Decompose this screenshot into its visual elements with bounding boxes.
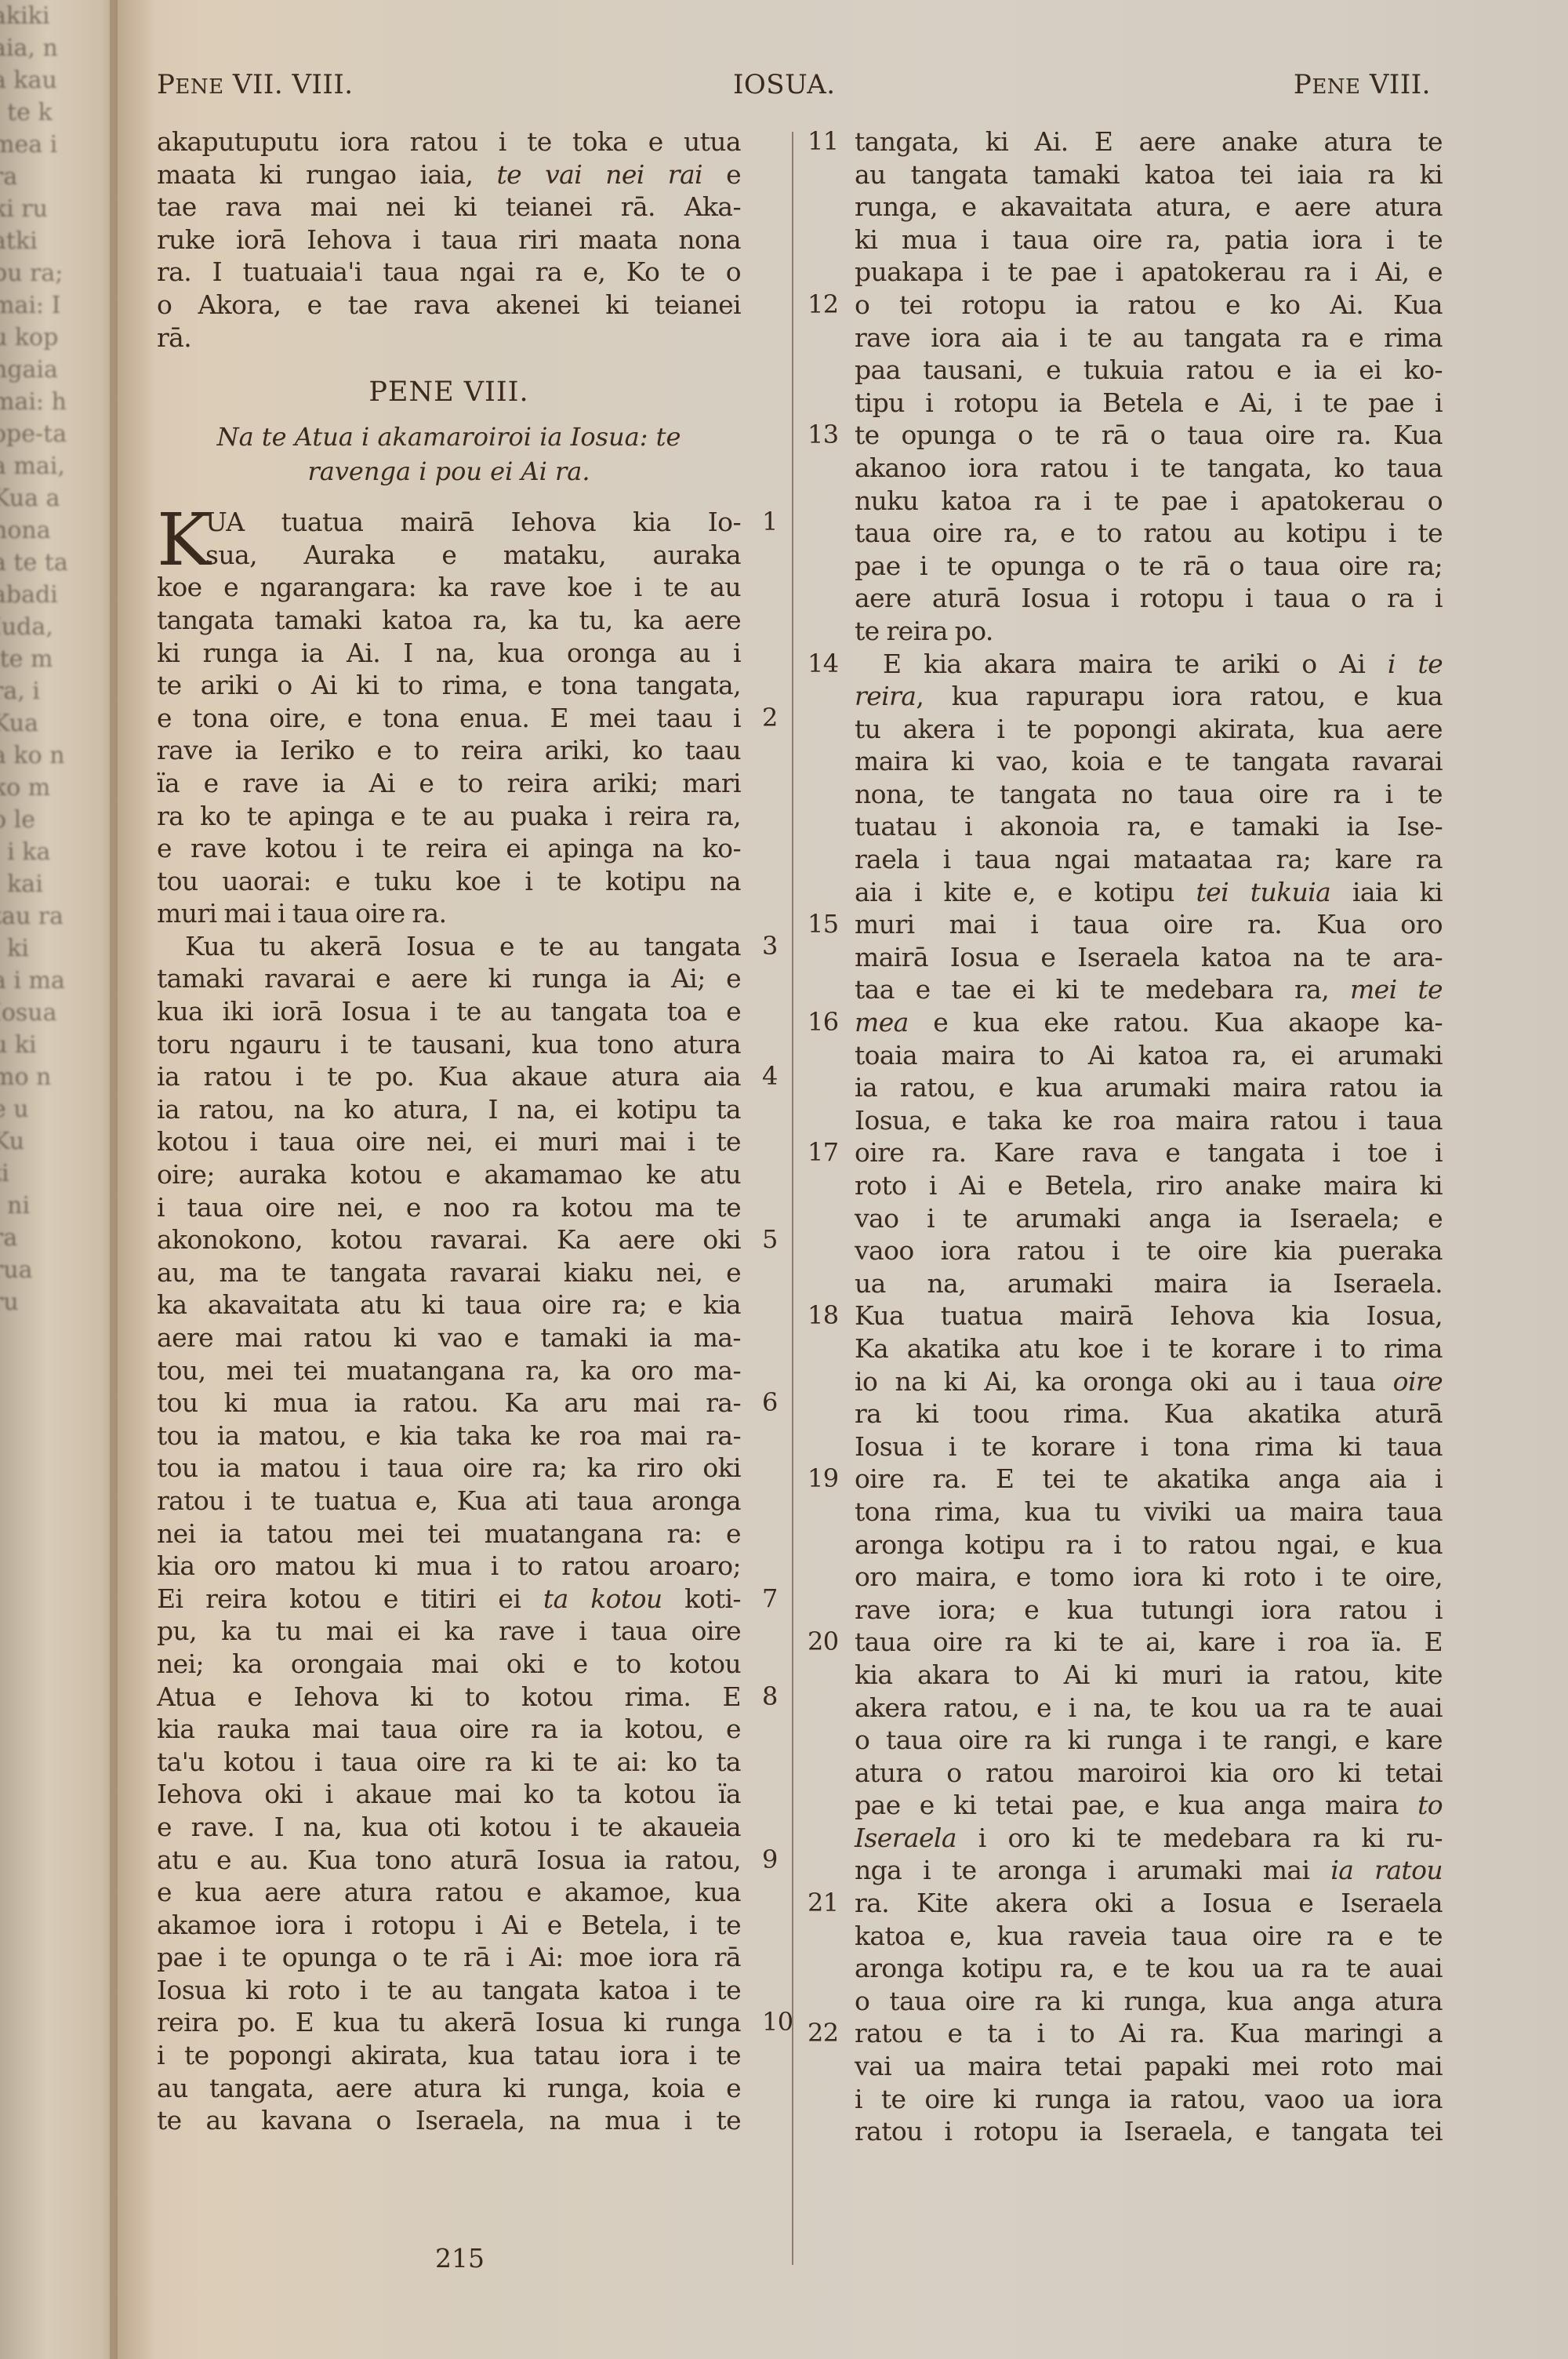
text-line: tu akera i te popongi akirata, kua aere bbox=[855, 713, 1443, 746]
text-line: taua oire ra ki te ai, kare i roa ïa. E2… bbox=[855, 1626, 1443, 1659]
line-text: oire; auraka kotou e akamamao ke atu bbox=[157, 1158, 741, 1191]
line-text: kia akara to Ai ki muri ia ratou, kite bbox=[855, 1659, 1443, 1692]
text-line: kotou i taua oire nei, ei muri mai i te bbox=[157, 1125, 741, 1158]
line-text: katoa e, kua raveia taua oire ra e te bbox=[855, 1920, 1443, 1953]
line-text: oire ra. E tei te akatika anga aia i bbox=[855, 1463, 1443, 1496]
line-text: Kua tu akerā Iosua e te au tangata bbox=[185, 930, 741, 963]
line-text: tou, mei tei muatangana ra, ka oro ma- bbox=[157, 1354, 741, 1387]
text-line: rave iora; e kua tutungi iora ratou i bbox=[855, 1594, 1443, 1627]
line-text: nona, te tangata no taua oire ra i te bbox=[855, 778, 1443, 811]
line-text: Iseraela i oro ki te medebara ra ki ru- bbox=[855, 1822, 1443, 1855]
text-line: raela i taua ngai mataataa ra; kare ra bbox=[855, 843, 1443, 876]
text-line: ka akavaitata atu ki taua oire ra; e kia bbox=[157, 1289, 741, 1321]
line-text: o taua oire ra ki runga, kua anga atura bbox=[855, 1985, 1443, 2018]
text-line: roto i Ai e Betela, riro anake maira ki bbox=[855, 1169, 1443, 1202]
line-text: atura o ratou maroiroi kia oro ki tetai bbox=[855, 1757, 1443, 1790]
line-text: e rave kotou i te reira ei apinga na ko- bbox=[157, 832, 741, 865]
verse-number: 12 bbox=[808, 289, 839, 322]
page-number: 215 bbox=[435, 2243, 485, 2274]
chapter-heading: PENE VIII. bbox=[157, 365, 741, 420]
text-line: aronga kotipu ra, e te kou ua ra te auai bbox=[855, 1952, 1443, 1985]
line-text: ki mua i taua oire ra, patia iora i te bbox=[855, 224, 1443, 256]
text-line: ia ratou i te po. Kua akaue atura aia4 bbox=[157, 1060, 741, 1093]
line-text: tou uaorai: e tuku koe i te kotipu na bbox=[157, 865, 741, 898]
text-line: Iehova oki i akaue mai ko ta kotou ïa bbox=[157, 1778, 741, 1811]
text-line: i te popongi akirata, kua tatau iora i t… bbox=[157, 2039, 741, 2072]
line-text: sua, Auraka e mataku, auraka bbox=[205, 539, 741, 572]
line-text: e tona oire, e tona enua. E mei taau i bbox=[157, 702, 741, 735]
running-head-right-smallcaps: ENE bbox=[1312, 75, 1360, 99]
text-line: te opunga o te rā o taua oire ra. Kua13 bbox=[855, 419, 1443, 452]
text-line: akonokono, kotou ravarai. Ka aere oki5 bbox=[157, 1223, 741, 1256]
line-text: tou ia matou i taua oire ra; ka riro oki bbox=[157, 1452, 741, 1485]
line-text: tou ki mua ia ratou. Ka aru mai ra- bbox=[157, 1387, 741, 1419]
text-line: tou, mei tei muatangana ra, ka oro ma- bbox=[157, 1354, 741, 1387]
line-text: tuatau i akonoia ra, e tamaki ia Ise- bbox=[855, 810, 1443, 843]
line-text: runga, e akavaitata atura, e aere atura bbox=[855, 191, 1443, 224]
text-line: reira, kua rapurapu iora ratou, e kua bbox=[855, 680, 1443, 713]
text-line: tangata tamaki katoa ra, ka tu, ka aere bbox=[157, 604, 741, 637]
summary-line: Na te Atua i akamaroiroi ia Iosua: te bbox=[157, 420, 741, 454]
line-text: oire ra. Kare rava e tangata i toe i bbox=[855, 1136, 1443, 1169]
text-line: tou ia matou i taua oire ra; ka riro oki bbox=[157, 1452, 741, 1485]
verse-number: 21 bbox=[808, 1887, 839, 1920]
line-text: rave iora; e kua tutungi iora ratou i bbox=[855, 1594, 1443, 1627]
line-text: Iehova oki i akaue mai ko ta kotou ïa bbox=[157, 1778, 741, 1811]
text-line: ra ko te apinga e te au puaka i reira ra… bbox=[157, 800, 741, 833]
line-text: reira, kua rapurapu iora ratou, e kua bbox=[855, 680, 1443, 713]
line-text: kia oro matou ki mua i to ratou aroaro; bbox=[157, 1550, 741, 1583]
text-line: katoa e, kua raveia taua oire ra e te bbox=[855, 1920, 1443, 1953]
text-line: akamoe iora i rotopu i Ai e Betela, i te bbox=[157, 1909, 741, 1942]
text-line: taa e tae ei ki te medebara ra, mei te bbox=[855, 973, 1443, 1006]
line-text: au tangata, aere atura ki runga, koia e bbox=[157, 2072, 741, 2105]
text-line: Iosua i te korare i tona rima ki taua bbox=[855, 1430, 1443, 1463]
line-text: tona rima, kua tu viviki ua maira taua bbox=[855, 1496, 1443, 1528]
line-text: aia i kite e, e kotipu tei tukuia iaia k… bbox=[855, 876, 1443, 909]
text-line: Iosua, e taka ke roa maira ratou i taua bbox=[855, 1104, 1443, 1137]
verse-number: 15 bbox=[808, 908, 839, 941]
line-text: Iosua, e taka ke roa maira ratou i taua bbox=[855, 1104, 1443, 1137]
text-line: akera ratou, e i na, te kou ua ra te aua… bbox=[855, 1692, 1443, 1725]
line-text: aere mai ratou ki vao e tamaki ia ma- bbox=[157, 1321, 741, 1354]
line-text: tu akera i te popongi akirata, kua aere bbox=[855, 713, 1443, 746]
verse-number: 2 bbox=[762, 702, 778, 735]
text-line: Iosua ki roto i te au tangata katoa i te bbox=[157, 1974, 741, 2007]
text-line: te ariki o Ai ki to rima, e tona tangata… bbox=[157, 669, 741, 702]
text-line: au, ma te tangata ravarai kiaku nei, e bbox=[157, 1256, 741, 1289]
line-text: o taua oire ra ki runga i te rangi, e ka… bbox=[855, 1724, 1443, 1757]
text-line: reira po. E kua tu akerā Iosua ki runga1… bbox=[157, 2006, 741, 2039]
text-line: e rave. I na, kua oti kotou i te akaueia bbox=[157, 1811, 741, 1844]
running-head-left-first-letter: P bbox=[157, 69, 175, 100]
line-text: kia rauka mai taua oire ra ia kotou, e bbox=[157, 1713, 741, 1746]
text-line: o taua oire ra ki runga i te rangi, e ka… bbox=[855, 1724, 1443, 1757]
text-line: nona, te tangata no taua oire ra i te bbox=[855, 778, 1443, 811]
text-line: aronga kotipu ra i to ratou ngai, e kua bbox=[855, 1528, 1443, 1561]
line-text: pae i te opunga o te rā i Ai: moe iora r… bbox=[157, 1941, 741, 1974]
text-line: E kia akara maira te ariki o Ai i te14 bbox=[855, 648, 1443, 681]
verse-number: 3 bbox=[762, 930, 778, 963]
text-line: aere aturā Iosua i rotopu i taua o ra i bbox=[855, 582, 1443, 615]
text-line: akanoo iora ratou i te tangata, ko taua bbox=[855, 452, 1443, 485]
text-line: ua na, arumaki maira ia Iseraela. bbox=[855, 1267, 1443, 1300]
line-text: rave ia Ieriko e to reira ariki, ko taau bbox=[157, 734, 741, 767]
line-text: pae e ki tetai pae, e kua anga maira to bbox=[855, 1789, 1443, 1822]
text-line: atura o ratou maroiroi kia oro ki tetai bbox=[855, 1757, 1443, 1790]
previous-page-ghost-text: akikiaia, na kaui te kmea iraki ruatkipu… bbox=[0, 0, 118, 1318]
line-text: kua iki iorā Iosua i te au tangata toa e bbox=[157, 995, 741, 1028]
running-head-right-suffix: VIII. bbox=[1361, 69, 1431, 100]
text-line: ia ratou, na ko atura, I na, ei kotipu t… bbox=[157, 1093, 741, 1126]
text-line: kia akara to Ai ki muri ia ratou, kite bbox=[855, 1659, 1443, 1692]
text-line: tona rima, kua tu viviki ua maira taua bbox=[855, 1496, 1443, 1528]
line-text: paa tausani, e tukuia ratou e ia ei ko- bbox=[855, 354, 1443, 387]
text-line: oire; auraka kotou e akamamao ke atu bbox=[157, 1158, 741, 1191]
text-line: rave iora aia i te au tangata ra e rima bbox=[855, 322, 1443, 354]
text-line: aere mai ratou ki vao e tamaki ia ma- bbox=[157, 1321, 741, 1354]
text-line: muri mai i taua oire ra. bbox=[157, 897, 741, 930]
carryover-paragraph: akaputuputu iora ratou i te toka e utuam… bbox=[157, 125, 741, 354]
text-line: akaputuputu iora ratou i te toka e utua bbox=[157, 125, 741, 158]
text-line: mea e kua eke ratou. Kua akaope ka-16 bbox=[855, 1006, 1443, 1039]
verse-number: 14 bbox=[808, 648, 839, 681]
text-line: au tangata, aere atura ki runga, koia e bbox=[157, 2072, 741, 2105]
line-text: tou ia matou, e kia taka ke roa mai ra- bbox=[157, 1419, 741, 1452]
line-text: ua na, arumaki maira ia Iseraela. bbox=[855, 1267, 1443, 1300]
line-text: akamoe iora i rotopu i Ai e Betela, i te bbox=[157, 1909, 741, 1942]
line-text: ra. Kite akera oki a Iosua e Iseraela bbox=[855, 1887, 1443, 1920]
line-text: io na ki Ai, ka oronga oki au i taua oir… bbox=[855, 1365, 1443, 1398]
verse-number: 13 bbox=[808, 419, 839, 452]
line-text: akaputuputu iora ratou i te toka e utua bbox=[157, 125, 741, 158]
line-text: tamaki ravarai e aere ki runga ia Ai; e bbox=[157, 962, 741, 995]
line-text: rā. bbox=[157, 322, 741, 354]
text-line: rave ia Ieriko e to reira ariki, ko taau bbox=[157, 734, 741, 767]
text-line: vao i te arumaki anga ia Iseraela; e bbox=[855, 1202, 1443, 1235]
text-line: Kua tu akerā Iosua e te au tangata3 bbox=[157, 930, 741, 963]
text-line: nei ia tatou mei tei muatangana ra: e bbox=[157, 1518, 741, 1550]
line-text: puakapa i te pae i apatokerau ra i Ai, e bbox=[855, 256, 1443, 289]
text-line: ki runga ia Ai. I na, kua oronga au i bbox=[157, 637, 741, 670]
text-line: toaia maira to Ai katoa ra, ei arumaki bbox=[855, 1039, 1443, 1072]
verse-number: 22 bbox=[808, 2017, 839, 2050]
text-line: kia rauka mai taua oire ra ia kotou, e bbox=[157, 1713, 741, 1746]
text-line: atu e au. Kua tono aturā Iosua ia ratou,… bbox=[157, 1844, 741, 1877]
text-line: maira ki vao, koia e te tangata ravarai bbox=[855, 745, 1443, 778]
line-text: ka akavaitata atu ki taua oire ra; e kia bbox=[157, 1289, 741, 1321]
text-line: ia ratou, e kua arumaki maira ratou ia bbox=[855, 1071, 1443, 1104]
text-line: Kua tuatua mairā Iehova kia Iosua,18 bbox=[855, 1299, 1443, 1332]
verse-number: 1 bbox=[762, 506, 778, 539]
text-line: au tangata tamaki katoa tei iaia ra ki bbox=[855, 158, 1443, 191]
text-line: ra. I tuatuaia'i taua ngai ra e, Ko te o bbox=[157, 256, 741, 289]
running-head-left: PENE VII. VIII. bbox=[157, 69, 354, 100]
line-text: i te oire ki runga ia ratou, vaoo ua ior… bbox=[855, 2083, 1443, 2116]
line-text: raela i taua ngai mataataa ra; kare ra bbox=[855, 843, 1443, 876]
text-line: e rave kotou i te reira ei apinga na ko- bbox=[157, 832, 741, 865]
verse-number: 19 bbox=[808, 1463, 839, 1496]
line-text: ruke iorā Iehova i taua riri maata nona bbox=[157, 224, 741, 256]
text-line: toru ngauru i te tausani, kua tono atura bbox=[157, 1028, 741, 1061]
line-text: toaia maira to Ai katoa ra, ei arumaki bbox=[855, 1039, 1443, 1072]
line-text: akera ratou, e i na, te kou ua ra te aua… bbox=[855, 1692, 1443, 1725]
text-line: ratou e ta i to Ai ra. Kua maringi a22 bbox=[855, 2017, 1443, 2050]
text-line: te reira po. bbox=[855, 615, 1443, 648]
text-line: Atua e Iehova ki to kotou rima. E8 bbox=[157, 1681, 741, 1714]
line-text: nuku katoa ra i te pae i apatokerau o bbox=[855, 485, 1443, 518]
line-text: koe e ngarangara: ka rave koe i te au bbox=[157, 571, 741, 604]
verse-number: 18 bbox=[808, 1299, 839, 1332]
text-line: nei; ka orongaia mai oki e to kotou bbox=[157, 1648, 741, 1681]
text-line: ra. Kite akera oki a Iosua e Iseraela21 bbox=[855, 1887, 1443, 1920]
verse-number: 10 bbox=[762, 2006, 793, 2039]
line-text: ia ratou, e kua arumaki maira ratou ia bbox=[855, 1071, 1443, 1104]
verse-number: 17 bbox=[808, 1136, 839, 1169]
text-line: taua oire ra, e to ratou au kotipu i te bbox=[855, 517, 1443, 550]
verse-number: 4 bbox=[762, 1060, 778, 1093]
text-line: ruke iorā Iehova i taua riri maata nona bbox=[157, 224, 741, 256]
line-text: au tangata tamaki katoa tei iaia ra ki bbox=[855, 158, 1443, 191]
text-line: i te oire ki runga ia ratou, vaoo ua ior… bbox=[855, 2083, 1443, 2116]
text-line: tangata, ki Ai. E aere anake atura te11 bbox=[855, 125, 1443, 158]
column-divider bbox=[792, 132, 793, 2265]
line-text: tangata tamaki katoa ra, ka tu, ka aere bbox=[157, 604, 741, 637]
chapter-summary: Na te Atua i akamaroiroi ia Iosua: terav… bbox=[157, 420, 741, 489]
chapter-body: K UA tuatua mairā Iehova kia Io-1sua, Au… bbox=[157, 506, 741, 2137]
line-text: E kia akara maira te ariki o Ai i te bbox=[883, 648, 1443, 681]
text-line: tou ia matou, e kia taka ke roa mai ra- bbox=[157, 1419, 741, 1452]
line-text: nei; ka orongaia mai oki e to kotou bbox=[157, 1648, 741, 1681]
text-line: sua, Auraka e mataku, auraka bbox=[157, 539, 741, 572]
verse-number: 20 bbox=[808, 1626, 839, 1659]
line-text: aronga kotipu ra i to ratou ngai, e kua bbox=[855, 1528, 1443, 1561]
text-line: rā. bbox=[157, 322, 741, 354]
line-text: au, ma te tangata ravarai kiaku nei, e bbox=[157, 1256, 741, 1289]
text-line: maata ki rungao iaia, te vai nei rai e bbox=[157, 158, 741, 191]
verse-number: 8 bbox=[762, 1681, 778, 1714]
line-text: te au kavana o Iseraela, na mua i te bbox=[157, 2104, 741, 2137]
left-column: akaputuputu iora ratou i te toka e utuam… bbox=[157, 125, 741, 2137]
text-line: koe e ngarangara: ka rave koe i te au bbox=[157, 571, 741, 604]
line-text: taua oire ra ki te ai, kare i roa ïa. E bbox=[855, 1626, 1443, 1659]
text-line: oire ra. E tei te akatika anga aia i19 bbox=[855, 1463, 1443, 1496]
line-text: tipu i rotopu ia Betela e Ai, i te pae i bbox=[855, 387, 1443, 420]
line-text: nei ia tatou mei tei muatangana ra: e bbox=[157, 1518, 741, 1550]
right-column: tangata, ki Ai. E aere anake atura te11a… bbox=[855, 125, 1443, 2148]
text-line: nga i te aronga i arumaki mai ia ratou bbox=[855, 1854, 1443, 1887]
line-text: te reira po. bbox=[855, 615, 1443, 648]
line-text: oro maira, e tomo iora ki roto i te oire… bbox=[855, 1561, 1443, 1594]
line-text: ra. I tuatuaia'i taua ngai ra e, Ko te o bbox=[157, 256, 741, 289]
line-text: vao i te arumaki anga ia Iseraela; e bbox=[855, 1202, 1443, 1235]
line-text: e rave. I na, kua oti kotou i te akaueia bbox=[157, 1811, 741, 1844]
verse-number: 11 bbox=[808, 125, 839, 158]
line-text: Kua tuatua mairā Iehova kia Iosua, bbox=[855, 1299, 1443, 1332]
line-text: aronga kotipu ra, e te kou ua ra te auai bbox=[855, 1952, 1443, 1985]
running-head-left-suffix: VII. VIII. bbox=[224, 69, 354, 100]
line-text: ratou i rotopu ia Iseraela, e tangata te… bbox=[855, 2115, 1443, 2148]
line-text: o Akora, e tae rava akenei ki teianei bbox=[157, 289, 741, 322]
gutter-shadow bbox=[110, 0, 157, 2359]
text-line: i taua oire nei, e noo ra kotou ma te bbox=[157, 1191, 741, 1224]
line-text: tae rava mai nei ki teianei rā. Aka- bbox=[157, 191, 741, 224]
text-line: te au kavana o Iseraela, na mua i te bbox=[157, 2104, 741, 2137]
text-line: oire ra. Kare rava e tangata i toe i17 bbox=[855, 1136, 1443, 1169]
text-line: tuatau i akonoia ra, e tamaki ia Ise- bbox=[855, 810, 1443, 843]
line-text: ia ratou, na ko atura, I na, ei kotipu t… bbox=[157, 1093, 741, 1126]
text-line: UA tuatua mairā Iehova kia Io-1 bbox=[157, 506, 741, 539]
line-text: tangata, ki Ai. E aere anake atura te bbox=[855, 125, 1443, 158]
line-text: Iosua i te korare i tona rima ki taua bbox=[855, 1430, 1443, 1463]
line-text: maata ki rungao iaia, te vai nei rai e bbox=[157, 158, 741, 191]
line-text: pae i te opunga o te rā o taua oire ra; bbox=[855, 550, 1443, 583]
line-text: taa e tae ei ki te medebara ra, mei te bbox=[855, 973, 1443, 1006]
line-text: maira ki vao, koia e te tangata ravarai bbox=[855, 745, 1443, 778]
line-text: pu, ka tu mai ei ka rave i taua oire bbox=[157, 1615, 741, 1648]
text-line: kua iki iorā Iosua i te au tangata toa e bbox=[157, 995, 741, 1028]
line-text: muri mai i taua oire ra. Kua oro bbox=[855, 908, 1443, 941]
text-line: e tona oire, e tona enua. E mei taau i2 bbox=[157, 702, 741, 735]
text-line: Iseraela i oro ki te medebara ra ki ru- bbox=[855, 1822, 1443, 1855]
text-line: pae i te opunga o te rā o taua oire ra; bbox=[855, 550, 1443, 583]
line-text: ïa e rave ia Ai e to reira ariki; mari bbox=[157, 767, 741, 800]
text-line: ratou i rotopu ia Iseraela, e tangata te… bbox=[855, 2115, 1443, 2148]
verse-number: 16 bbox=[808, 1006, 839, 1039]
line-text: vaoo iora ratou i te oire kia pueraka bbox=[855, 1234, 1443, 1267]
text-line: ta'u kotou i taua oire ra ki te ai: ko t… bbox=[157, 1746, 741, 1779]
text-line: ki mua i taua oire ra, patia iora i te bbox=[855, 224, 1443, 256]
line-text: toru ngauru i te tausani, kua tono atura bbox=[157, 1028, 741, 1061]
verse-number: 7 bbox=[762, 1583, 778, 1616]
line-text: Ka akatika atu koe i te korare i to rima bbox=[855, 1332, 1443, 1365]
text-line: mairā Iosua e Iseraela katoa na te ara- bbox=[855, 941, 1443, 974]
text-line: e kua aere atura ratou e akamoe, kua bbox=[157, 1876, 741, 1909]
line-text: Iosua ki roto i te au tangata katoa i te bbox=[157, 1974, 741, 2007]
verse-number: 6 bbox=[762, 1387, 778, 1419]
text-line: runga, e akavaitata atura, e aere atura bbox=[855, 191, 1443, 224]
line-text: ratou e ta i to Ai ra. Kua maringi a bbox=[855, 2017, 1443, 2050]
line-text: muri mai i taua oire ra. bbox=[157, 897, 741, 930]
running-head-right-first-letter: P bbox=[1294, 69, 1312, 100]
line-text: ra ki toou rima. Kua akatika aturā bbox=[855, 1398, 1443, 1430]
line-text: ki runga ia Ai. I na, kua oronga au i bbox=[157, 637, 741, 670]
line-text: akanoo iora ratou i te tangata, ko taua bbox=[855, 452, 1443, 485]
line-text: taua oire ra, e to ratou au kotipu i te bbox=[855, 517, 1443, 550]
text-line: kia oro matou ki mua i to ratou aroaro; bbox=[157, 1550, 741, 1583]
text-line: tou uaorai: e tuku koe i te kotipu na bbox=[157, 865, 741, 898]
text-line: tamaki ravarai e aere ki runga ia Ai; e bbox=[157, 962, 741, 995]
text-line: muri mai i taua oire ra. Kua oro15 bbox=[855, 908, 1443, 941]
text-line: ratou i te tuatua e, Kua ati taua aronga bbox=[157, 1485, 741, 1518]
text-line: tae rava mai nei ki teianei rā. Aka- bbox=[157, 191, 741, 224]
line-text: Ei reira kotou e titiri ei ta kotou koti… bbox=[157, 1583, 741, 1616]
line-text: te ariki o Ai ki to rima, e tona tangata… bbox=[157, 669, 741, 702]
line-text: ta'u kotou i taua oire ra ki te ai: ko t… bbox=[157, 1746, 741, 1779]
running-head-left-smallcaps: ENE bbox=[175, 75, 223, 99]
line-text: mairā Iosua e Iseraela katoa na te ara- bbox=[855, 941, 1443, 974]
text-line: o tei rotopu ia ratou e ko Ai. Kua12 bbox=[855, 289, 1443, 322]
text-line: puakapa i te pae i apatokerau ra i Ai, e bbox=[855, 256, 1443, 289]
line-text: kotou i taua oire nei, ei muri mai i te bbox=[157, 1125, 741, 1158]
text-line: paa tausani, e tukuia ratou e ia ei ko- bbox=[855, 354, 1443, 387]
text-line: vai ua maira tetai papaki mei roto mai bbox=[855, 2050, 1443, 2083]
text-line: tipu i rotopu ia Betela e Ai, i te pae i bbox=[855, 387, 1443, 420]
line-text: ratou i te tuatua e, Kua ati taua aronga bbox=[157, 1485, 741, 1518]
line-text: vai ua maira tetai papaki mei roto mai bbox=[855, 2050, 1443, 2083]
text-line: aia i kite e, e kotipu tei tukuia iaia k… bbox=[855, 876, 1443, 909]
running-head-right: PENE VIII. bbox=[1294, 69, 1431, 100]
text-line: o taua oire ra ki runga, kua anga atura bbox=[855, 1985, 1443, 2018]
text-line: pae e ki tetai pae, e kua anga maira to bbox=[855, 1789, 1443, 1822]
line-text: reira po. E kua tu akerā Iosua ki runga bbox=[157, 2006, 741, 2039]
line-text: aere aturā Iosua i rotopu i taua o ra i bbox=[855, 582, 1443, 615]
text-line: io na ki Ai, ka oronga oki au i taua oir… bbox=[855, 1365, 1443, 1398]
line-text: akonokono, kotou ravarai. Ka aere oki bbox=[157, 1223, 741, 1256]
line-text: nga i te aronga i arumaki mai ia ratou bbox=[855, 1854, 1443, 1887]
text-line: vaoo iora ratou i te oire kia pueraka bbox=[855, 1234, 1443, 1267]
line-text: ia ratou i te po. Kua akaue atura aia bbox=[157, 1060, 741, 1093]
line-text: Atua e Iehova ki to kotou rima. E bbox=[157, 1681, 741, 1714]
line-text: te opunga o te rā o taua oire ra. Kua bbox=[855, 419, 1443, 452]
text-line: ïa e rave ia Ai e to reira ariki; mari bbox=[157, 767, 741, 800]
text-line: nuku katoa ra i te pae i apatokerau o bbox=[855, 485, 1443, 518]
line-text: o tei rotopu ia ratou e ko Ai. Kua bbox=[855, 289, 1443, 322]
previous-page-edge: akikiaia, na kaui te kmea iraki ruatkipu… bbox=[0, 0, 118, 2359]
summary-line: ravenga i pou ei Ai ra. bbox=[157, 454, 741, 489]
line-text: atu e au. Kua tono aturā Iosua ia ratou, bbox=[157, 1844, 741, 1877]
text-line: oro maira, e tomo iora ki roto i te oire… bbox=[855, 1561, 1443, 1594]
line-text: i taua oire nei, e noo ra kotou ma te bbox=[157, 1191, 741, 1224]
text-line: pu, ka tu mai ei ka rave i taua oire bbox=[157, 1615, 741, 1648]
text-line: o Akora, e tae rava akenei ki teianei bbox=[157, 289, 741, 322]
text-line: ra ki toou rima. Kua akatika aturā bbox=[855, 1398, 1443, 1430]
text-line: Ei reira kotou e titiri ei ta kotou koti… bbox=[157, 1583, 741, 1616]
text-line: pae i te opunga o te rā i Ai: moe iora r… bbox=[157, 1941, 741, 1974]
line-text: i te popongi akirata, kua tatau iora i t… bbox=[157, 2039, 741, 2072]
text-line: Ka akatika atu koe i te korare i to rima bbox=[855, 1332, 1443, 1365]
text-line: tou ki mua ia ratou. Ka aru mai ra-6 bbox=[157, 1387, 741, 1419]
line-text: mea e kua eke ratou. Kua akaope ka- bbox=[855, 1006, 1443, 1039]
line-text: rave iora aia i te au tangata ra e rima bbox=[855, 322, 1443, 354]
verse-number: 9 bbox=[762, 1844, 778, 1877]
line-text: e kua aere atura ratou e akamoe, kua bbox=[157, 1876, 741, 1909]
verse-number: 5 bbox=[762, 1223, 778, 1256]
line-text: UA tuatua mairā Iehova kia Io- bbox=[205, 506, 741, 539]
line-text: roto i Ai e Betela, riro anake maira ki bbox=[855, 1169, 1443, 1202]
line-text: ra ko te apinga e te au puaka i reira ra… bbox=[157, 800, 741, 833]
running-head-book-title: IOSUA. bbox=[733, 69, 836, 100]
